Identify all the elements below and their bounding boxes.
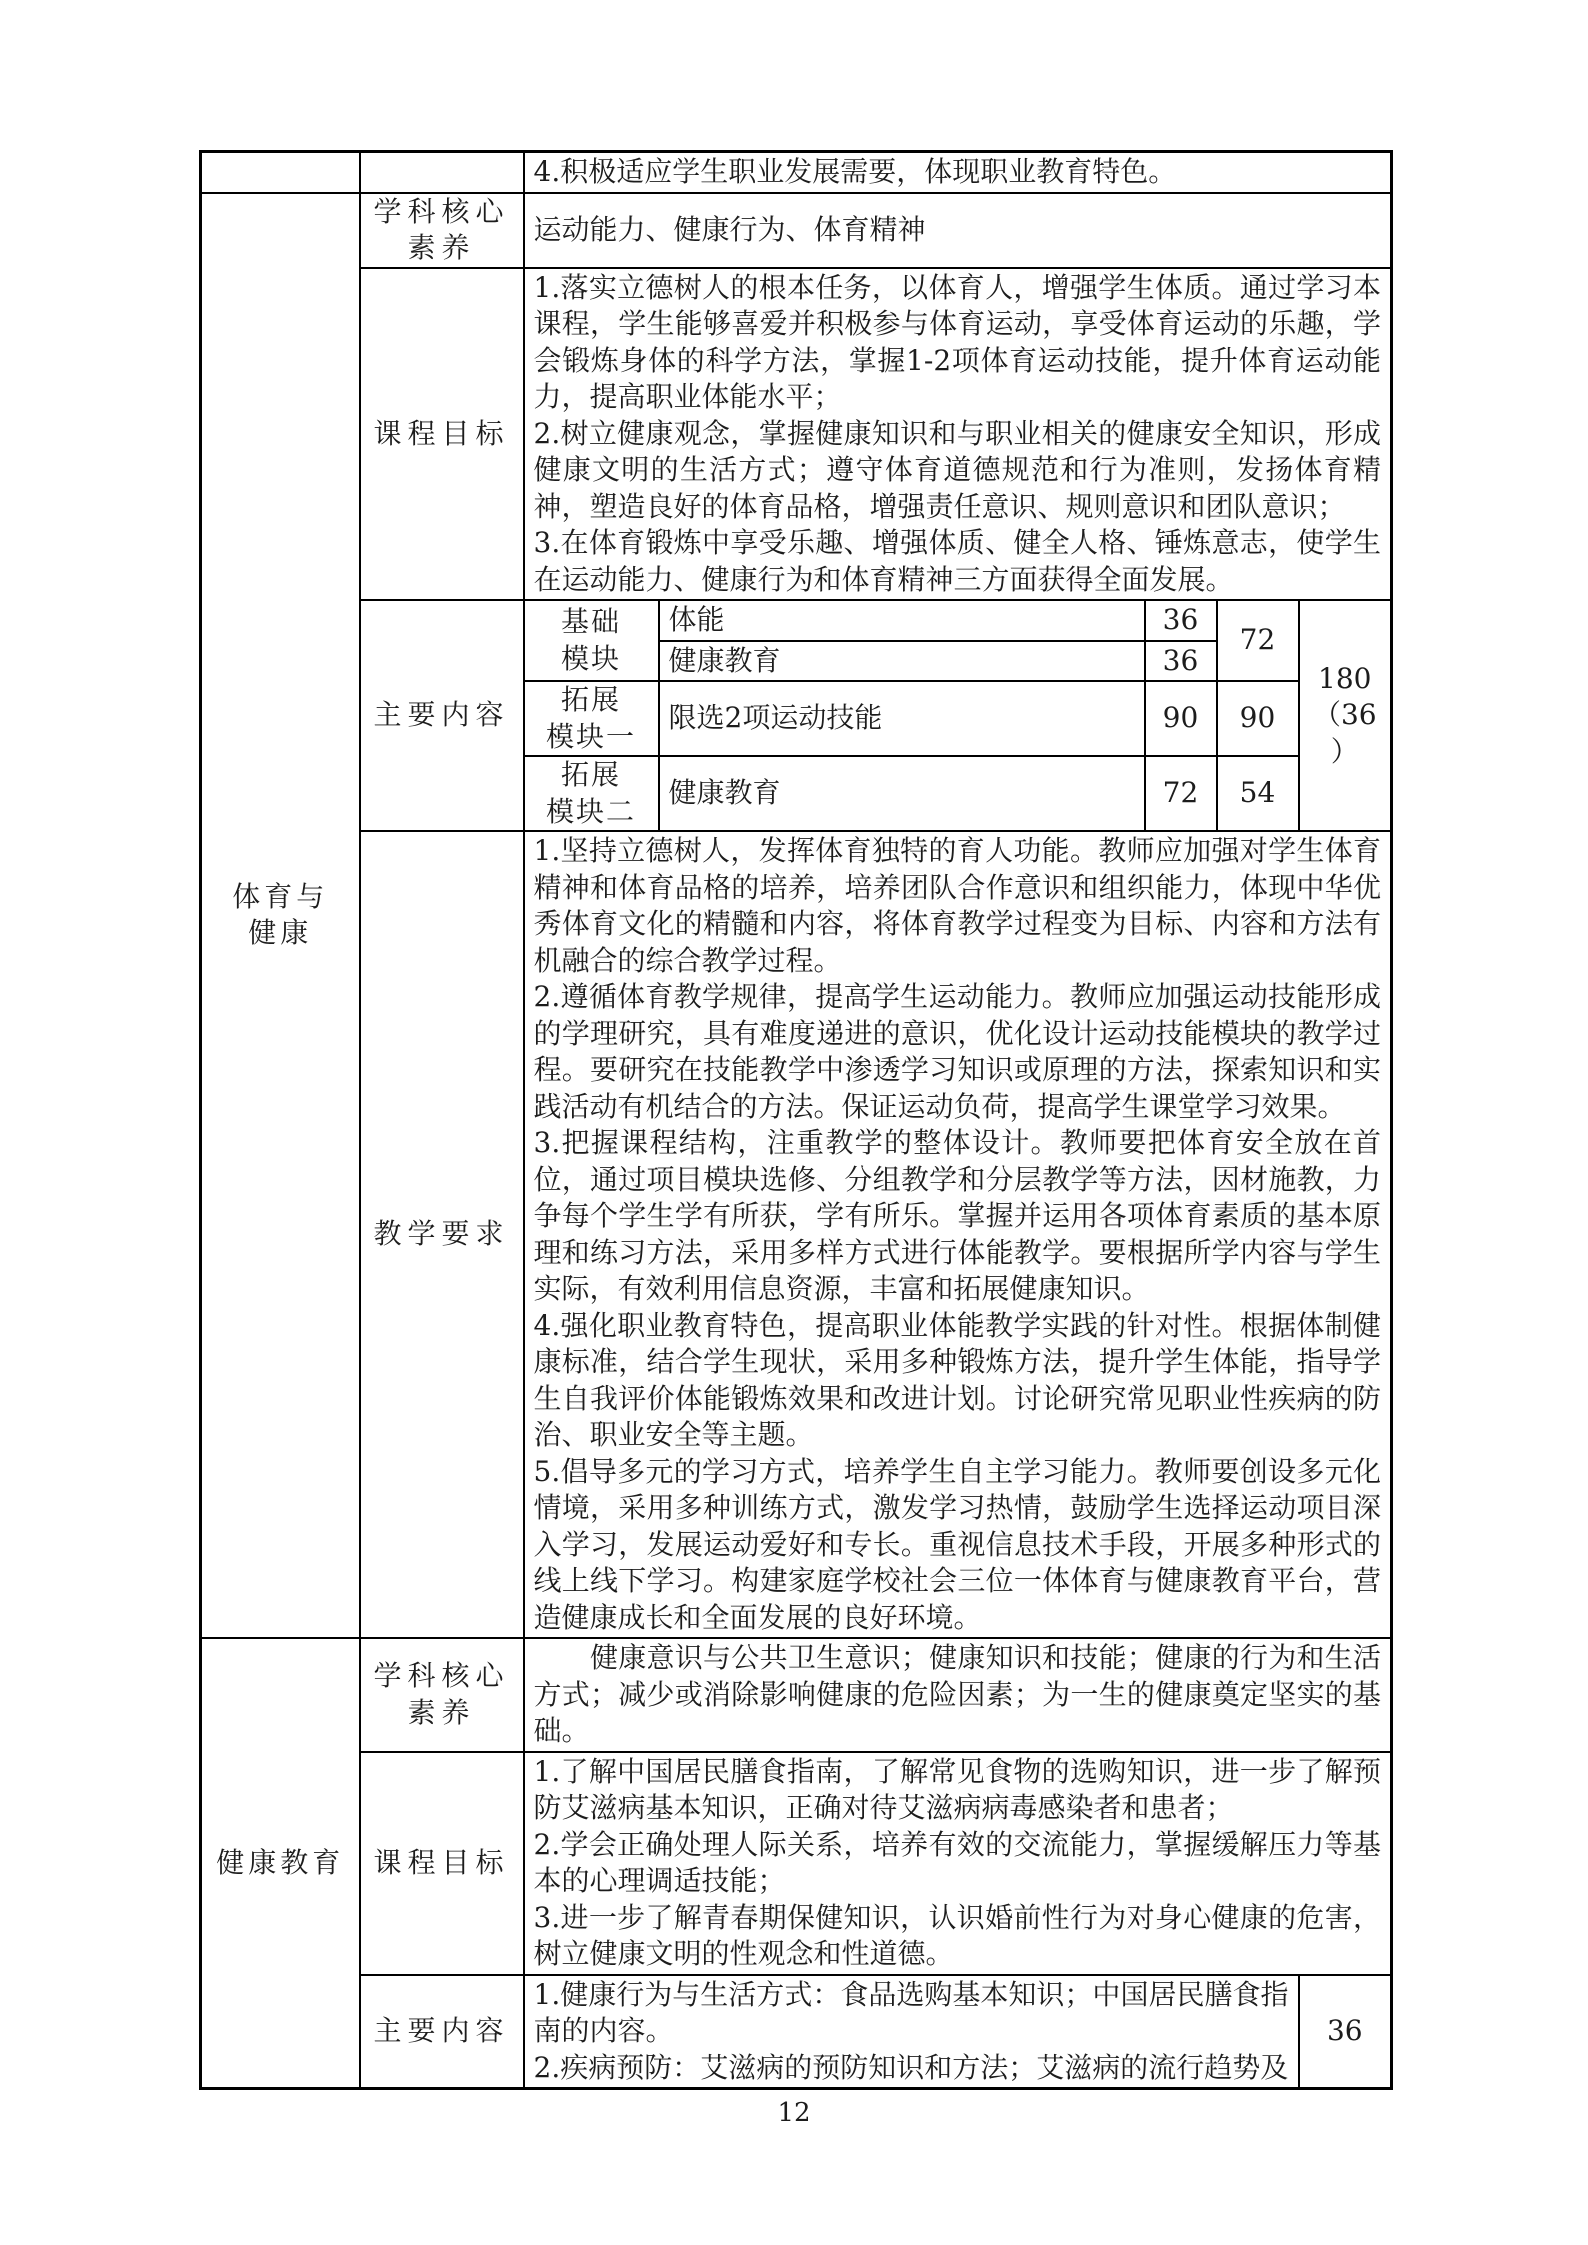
pe-core-content: 运动能力、健康行为、体育精神 [524,193,1392,268]
he-core-label: 学科核心 素养 [360,1638,524,1752]
module-ext1-hours: 90 [1145,681,1217,756]
pe-main-label: 主要内容 [360,600,524,831]
module-basic-item1-hours: 36 [1145,600,1217,641]
module-basic-name: 基础 模块 [524,600,659,681]
module-ext2-hours: 72 [1145,756,1217,831]
table-row-pe-module1a: 主要内容 基础 模块 体能 36 72 180 （36 ） [201,600,1392,641]
empty-category-cell [201,152,360,193]
module-ext1-name: 拓展 模块一 [524,681,659,756]
pe-objectives-content: 1.落实立德树人的根本任务，以体育人，增强学生体质。通过学习本课程，学生能够喜爱… [524,268,1392,601]
table-row-he-main: 主要内容 1.健康行为与生活方式：食品选购基本知识；中国居民膳食指南的内容。 2… [201,1975,1392,2089]
document-page: 4.积极适应学生职业发展需要，体现职业教育特色。 体育与 健康 学科核心 素养 … [0,0,1588,2245]
table-row-carryover: 4.积极适应学生职业发展需要，体现职业教育特色。 [201,152,1392,193]
category-pe-health: 体育与 健康 [201,193,360,1639]
carryover-text: 4.积极适应学生职业发展需要，体现职业教育特色。 [524,152,1392,193]
curriculum-table: 4.积极适应学生职业发展需要，体现职业教育特色。 体育与 健康 学科核心 素养 … [199,150,1393,2090]
page-number: 12 [0,2098,1588,2128]
module-basic-item1: 体能 [659,600,1145,641]
he-main-hours: 36 [1299,1975,1392,2089]
module-basic-subtotal: 72 [1217,600,1299,681]
pe-objectives-label: 课程目标 [360,268,524,601]
empty-label-cell [360,152,524,193]
module-ext2-item: 健康教育 [659,756,1145,831]
he-core-content: 健康意识与公共卫生意识；健康知识和技能；健康的行为和生活方式；减少或消除影响健康… [524,1638,1392,1752]
he-main-label: 主要内容 [360,1975,524,2089]
pe-total-hours: 180 （36 ） [1299,600,1392,831]
module-ext2-subtotal: 54 [1217,756,1299,831]
module-ext1-item: 限选2项运动技能 [659,681,1145,756]
module-basic-item2-hours: 36 [1145,641,1217,682]
table-row-pe-core: 体育与 健康 学科核心 素养 运动能力、健康行为、体育精神 [201,193,1392,268]
module-ext2-name: 拓展 模块二 [524,756,659,831]
he-main-content: 1.健康行为与生活方式：食品选购基本知识；中国居民膳食指南的内容。 2.疾病预防… [524,1975,1299,2089]
table-row-pe-objectives: 课程目标 1.落实立德树人的根本任务，以体育人，增强学生体质。通过学习本课程，学… [201,268,1392,601]
pe-teaching-label: 教学要求 [360,831,524,1638]
table-row-pe-teaching: 教学要求 1.坚持立德树人，发挥体育独特的育人功能。教师应加强对学生体育精神和体… [201,831,1392,1638]
he-objectives-label: 课程目标 [360,1752,524,1975]
table-row-he-objectives: 课程目标 1.了解中国居民膳食指南，了解常见食物的选购知识，进一步了解预防艾滋病… [201,1752,1392,1975]
category-health-education: 健康教育 [201,1638,360,2089]
module-ext1-subtotal: 90 [1217,681,1299,756]
pe-core-label: 学科核心 素养 [360,193,524,268]
module-basic-item2: 健康教育 [659,641,1145,682]
pe-teaching-content: 1.坚持立德树人，发挥体育独特的育人功能。教师应加强对学生体育精神和体育品格的培… [524,831,1392,1638]
table-row-he-core: 健康教育 学科核心 素养 健康意识与公共卫生意识；健康知识和技能；健康的行为和生… [201,1638,1392,1752]
he-objectives-content: 1.了解中国居民膳食指南，了解常见食物的选购知识，进一步了解预防艾滋病基本知识，… [524,1752,1392,1975]
